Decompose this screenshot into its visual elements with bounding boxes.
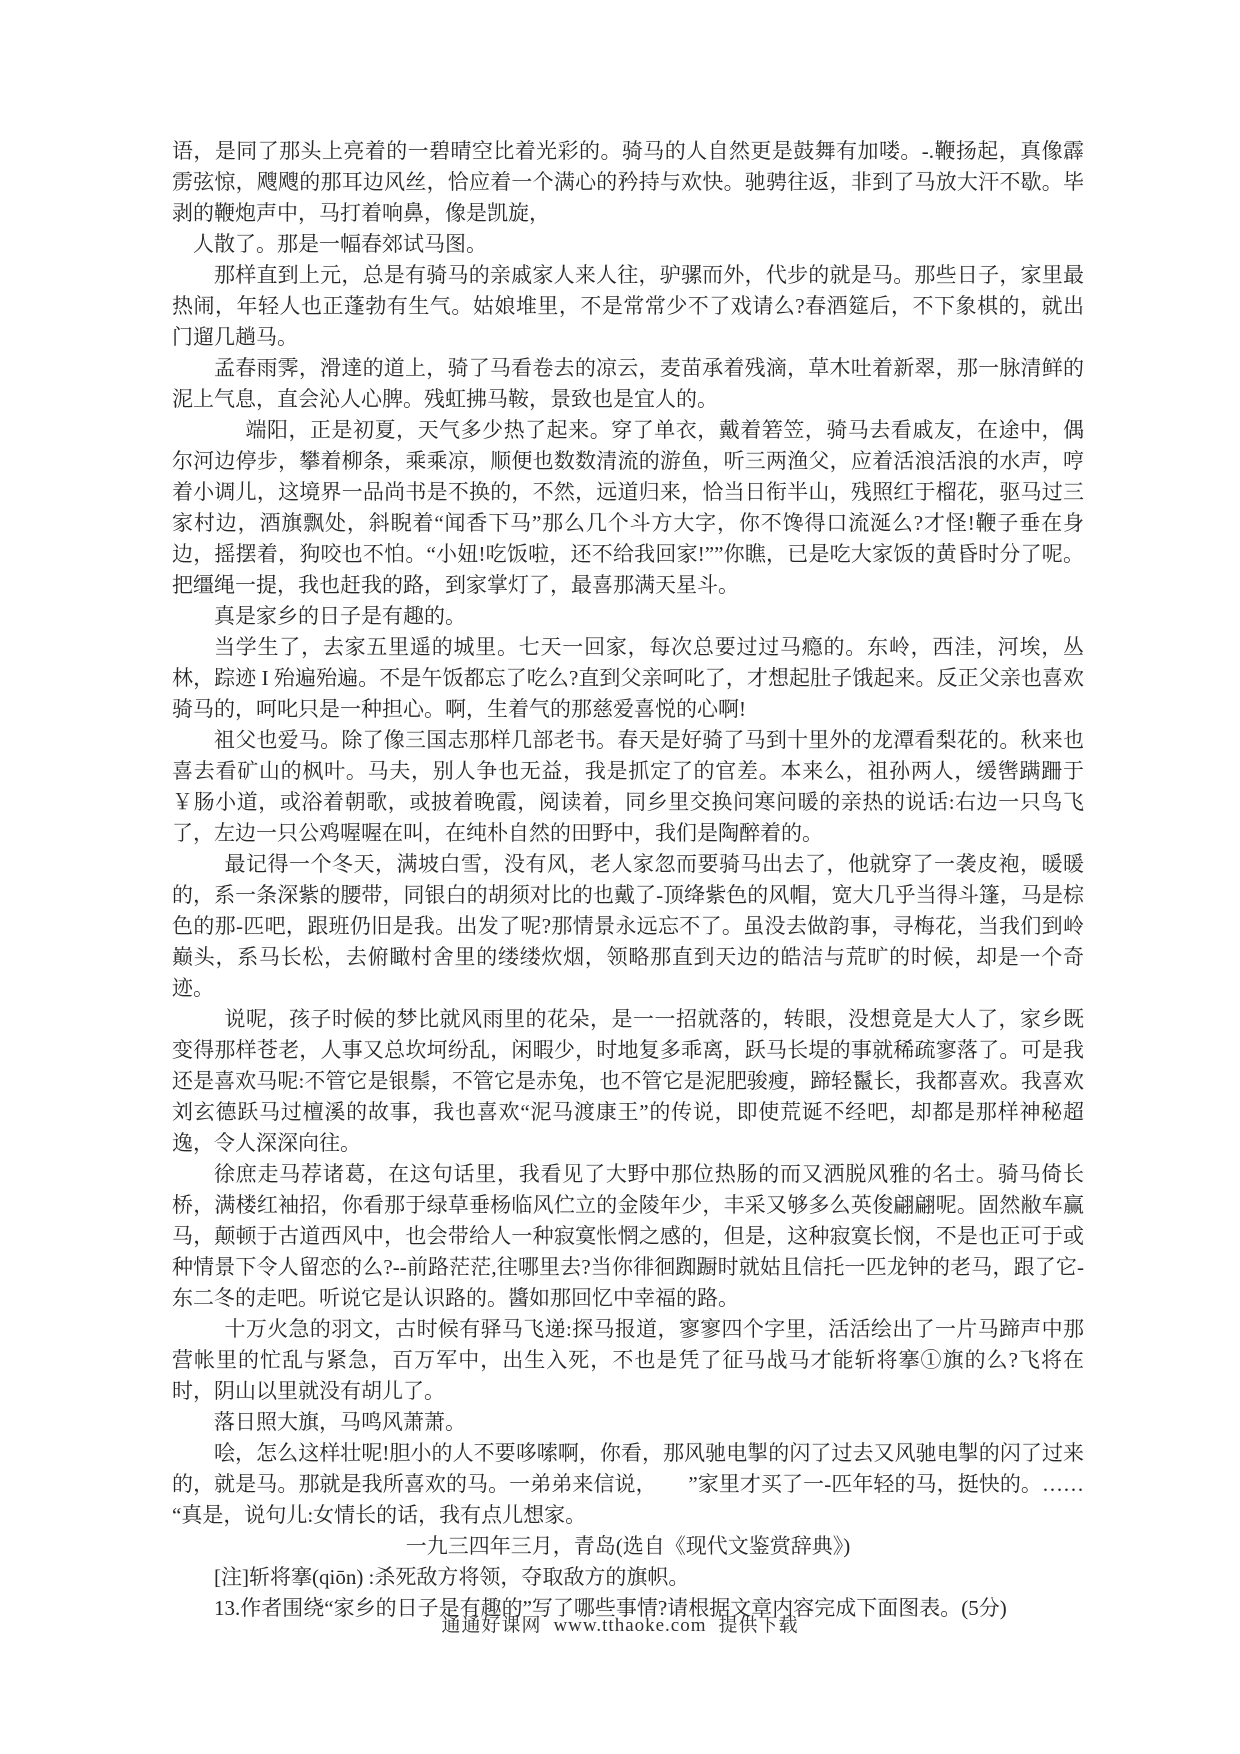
paragraph: 那样直到上元，总是有骑马的亲戚家人来人往，驴骡而外，代步的就是马。那些日子，家里… (172, 260, 1084, 353)
footer-download-label: 提供下载 (719, 1615, 799, 1636)
paragraph: 祖父也爱马。除了像三国志那样几部老书。春天是好骑了马到十里外的龙潭看梨花的。秋来… (172, 725, 1084, 849)
paragraph: 说呢，孩子时候的梦比就风雨里的花朵，是一一招就落的，转眼，没想竟是大人了，家乡既… (172, 1004, 1084, 1159)
paragraph: 十万火急的羽文，古时候有驿马飞递:探马报道，寥寥四个字里，活活绘出了一片马蹄声中… (172, 1314, 1084, 1407)
paragraph: 哙，怎么这样壮呢!胆小的人不要哆嗦啊，你看，那风驰电掣的闪了过去又风驰电掣的闪了… (172, 1438, 1084, 1531)
paragraph: 端阳，正是初夏，天气多少热了起来。穿了单衣，戴着箬笠，骑马去看戚友，在途中，偶尔… (172, 415, 1084, 601)
date-source-line: 一九三四年三月，青岛(选自《现代文鉴赏辞典》) (172, 1531, 1084, 1562)
paragraph: 真是家乡的日子是有趣的。 (172, 601, 1084, 632)
footnote-line: [注]斩将搴(qiōn) :杀死敌方将领，夺取敌方的旗帜。 (172, 1562, 1084, 1593)
footer-site-url: www.tthaoke.com (553, 1615, 706, 1636)
essay-body: 语，是同了那头上亮着的一碧晴空比着光彩的。骑马的人自然更是鼓舞有加喽。-.鞭扬起… (172, 136, 1084, 1624)
paragraph: 徐庶走马荐诸葛，在这句话里，我看见了大野中那位热肠的而又洒脱风雅的名士。骑马倚长… (172, 1159, 1084, 1314)
footer-site-name: 通通好课网 (441, 1615, 541, 1636)
page-footer: 通通好课网www.tthaoke.com提供下载 (0, 1612, 1240, 1640)
paragraph: 语，是同了那头上亮着的一碧晴空比着光彩的。骑马的人自然更是鼓舞有加喽。-.鞭扬起… (172, 136, 1084, 229)
paragraph: 孟春雨霁，滑達的道上，骑了马看卷去的凉云，麦苗承着残滴，草木吐着新翠，那一脉清鲜… (172, 353, 1084, 415)
exam-page: 语，是同了那头上亮着的一碧晴空比着光彩的。骑马的人自然更是鼓舞有加喽。-.鞭扬起… (0, 0, 1240, 1754)
paragraph: 落日照大旗，马鸣风萧萧。 (172, 1407, 1084, 1438)
paragraph: 当学生了，去家五里遥的城里。七天一回家，每次总要过过马瘾的。东岭，西洼，河埃，丛… (172, 632, 1084, 725)
paragraph: 人散了。那是一幅春郊试马图。 (172, 229, 1084, 260)
paragraph: 最记得一个冬天，满坡白雪，没有风，老人家忽而要骑马出去了，他就穿了一袭皮袍，暖暖… (172, 849, 1084, 1004)
